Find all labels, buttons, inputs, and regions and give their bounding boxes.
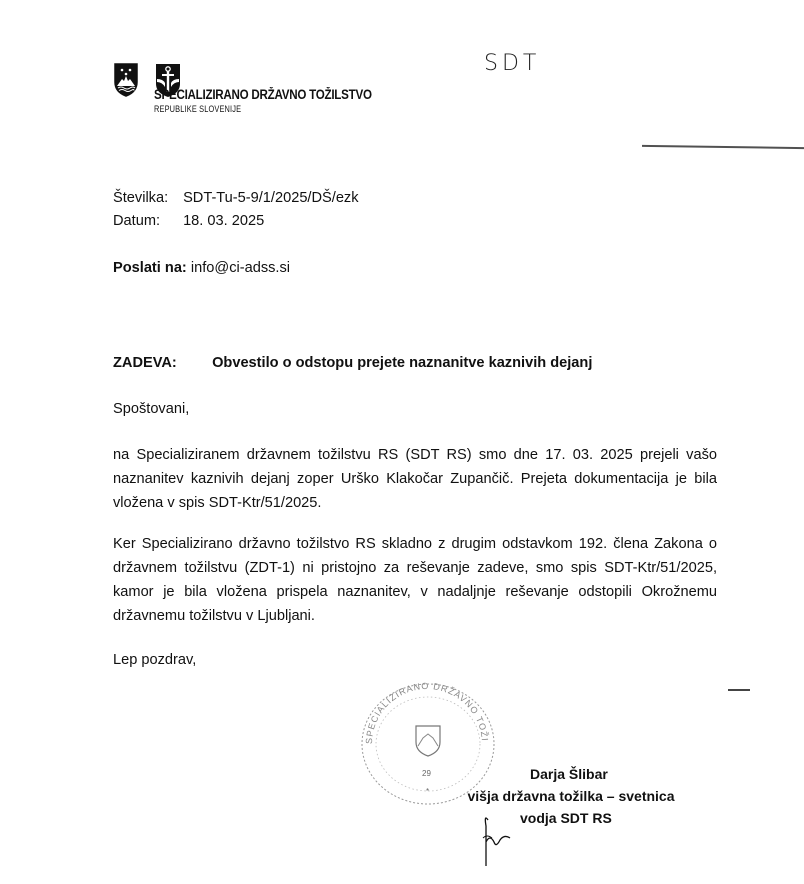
stamp-number: 29 [422,769,431,778]
signatory-role: vodja SDT RS [520,810,630,826]
signatory-name: Darja Šlibar [530,766,650,782]
svg-text:*: * [426,787,429,796]
subject-text: Obvestilo o odstopu prejete naznanitve k… [212,355,592,371]
handwritten-note: SDT [484,51,540,76]
slovenia-coat-of-arms-icon [113,62,139,103]
signatory-title: višja državna tožilka – svetnica [466,788,676,804]
number-value: SDT-Tu-5-9/1/2025/DŠ/ezk [183,190,358,206]
date-label: Datum: [113,210,179,233]
greeting: Spoštovani, [113,398,189,421]
scan-line-artifact [728,689,750,691]
body-paragraph-1: na Specializiranem državnem tožilstvu RS… [113,443,717,515]
reference-number-row: Številka: SDT-Tu-5-9/1/2025/DŠ/ezk [113,187,359,210]
closing: Lep pozdrav, [113,649,196,672]
subject-label: ZADEVA: [113,352,208,375]
handwritten-signature [480,812,530,873]
svg-text:SPECIALIZIRANO DRŽAVNO TOŽILST: SPECIALIZIRANO DRŽAVNO TOŽILSTVO REPUBLI… [354,676,490,744]
date-value: 18. 03. 2025 [183,213,264,229]
scan-line-artifact [642,145,804,149]
date-row: Datum: 18. 03. 2025 [113,210,264,233]
organization-name: SPECIALIZIRANO DRŽAVNO TOŽILSTVO [154,87,372,102]
send-to-row: Poslati na: info@ci-adss.si [113,257,290,280]
body-paragraph-2: Ker Specializirano državno tožilstvo RS … [113,532,717,628]
send-to-label: Poslati na: [113,260,187,276]
subject-row: ZADEVA: Obvestilo o odstopu prejete nazn… [113,352,592,375]
send-to-email: info@ci-adss.si [191,260,290,276]
organization-subtitle: REPUBLIKE SLOVENIJE [154,104,241,114]
stamp-text: SPECIALIZIRANO DRŽAVNO TOŽILSTVO REPUBLI… [354,676,490,744]
number-label: Številka: [113,187,179,210]
